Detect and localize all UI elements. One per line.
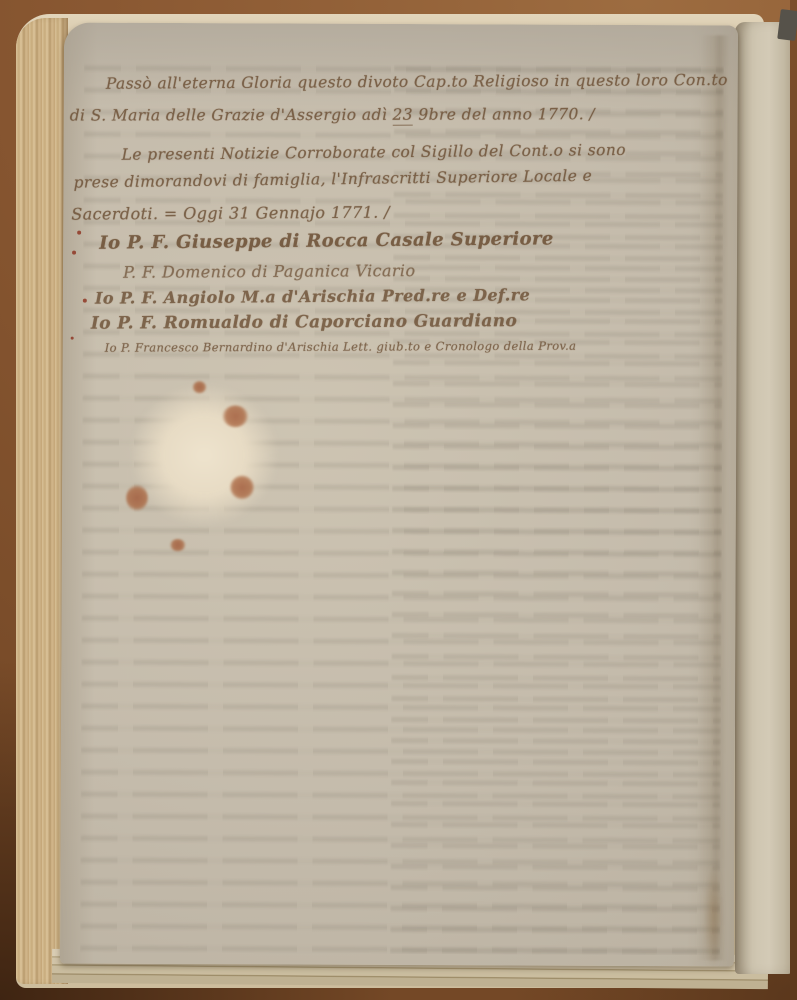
signature-cronologo: Io P. Francesco Bernardino d'Arischia Le… <box>105 339 577 355</box>
signature-vicario: P. F. Domenico di Paganica Vicario <box>123 261 416 282</box>
ink-speck <box>72 251 76 255</box>
leather-cover-right-edge <box>790 0 797 1000</box>
record-line-2: di S. Maria delle Grazie d'Assergio adì … <box>70 105 595 124</box>
book-photograph: Passò all'eterna Gloria questo divoto Ca… <box>0 0 797 1000</box>
page-crease <box>696 35 730 960</box>
manuscript-page: Passò all'eterna Gloria questo divoto Ca… <box>60 23 738 967</box>
ink-speck <box>83 299 87 303</box>
attestation-line-3: Sacerdoti. = Oggi 31 Gennajo 1771. ∕ <box>71 203 390 224</box>
crease-stain <box>700 845 727 965</box>
signature-superiore: Io P. F. Giuseppe di Rocca Casale Superi… <box>99 228 554 253</box>
record-line-2-post: 9bre del anno 1770. ∕ <box>413 105 595 123</box>
ink-speck <box>71 337 74 340</box>
record-line-1: Passò all'eterna Gloria questo divoto Ca… <box>106 71 728 93</box>
rust-spot <box>222 405 248 427</box>
signature-guardiano: Io P. F. Romualdo di Caporciano Guardian… <box>91 311 518 334</box>
rust-spot <box>230 475 254 499</box>
rust-spot <box>170 539 186 551</box>
record-line-2-pre: di S. Maria delle Grazie d'Assergio adì <box>70 106 393 125</box>
background-sliver <box>777 9 797 41</box>
ink-speck <box>77 231 81 235</box>
signature-predicatore: Io P. F. Angiolo M.a d'Arischia Pred.re … <box>95 285 530 307</box>
fore-edge-pages <box>735 22 792 974</box>
rust-spot <box>192 381 206 393</box>
rust-spot <box>126 485 148 511</box>
show-through-text-right <box>390 54 724 955</box>
record-day-underlined: 23 <box>392 106 413 126</box>
